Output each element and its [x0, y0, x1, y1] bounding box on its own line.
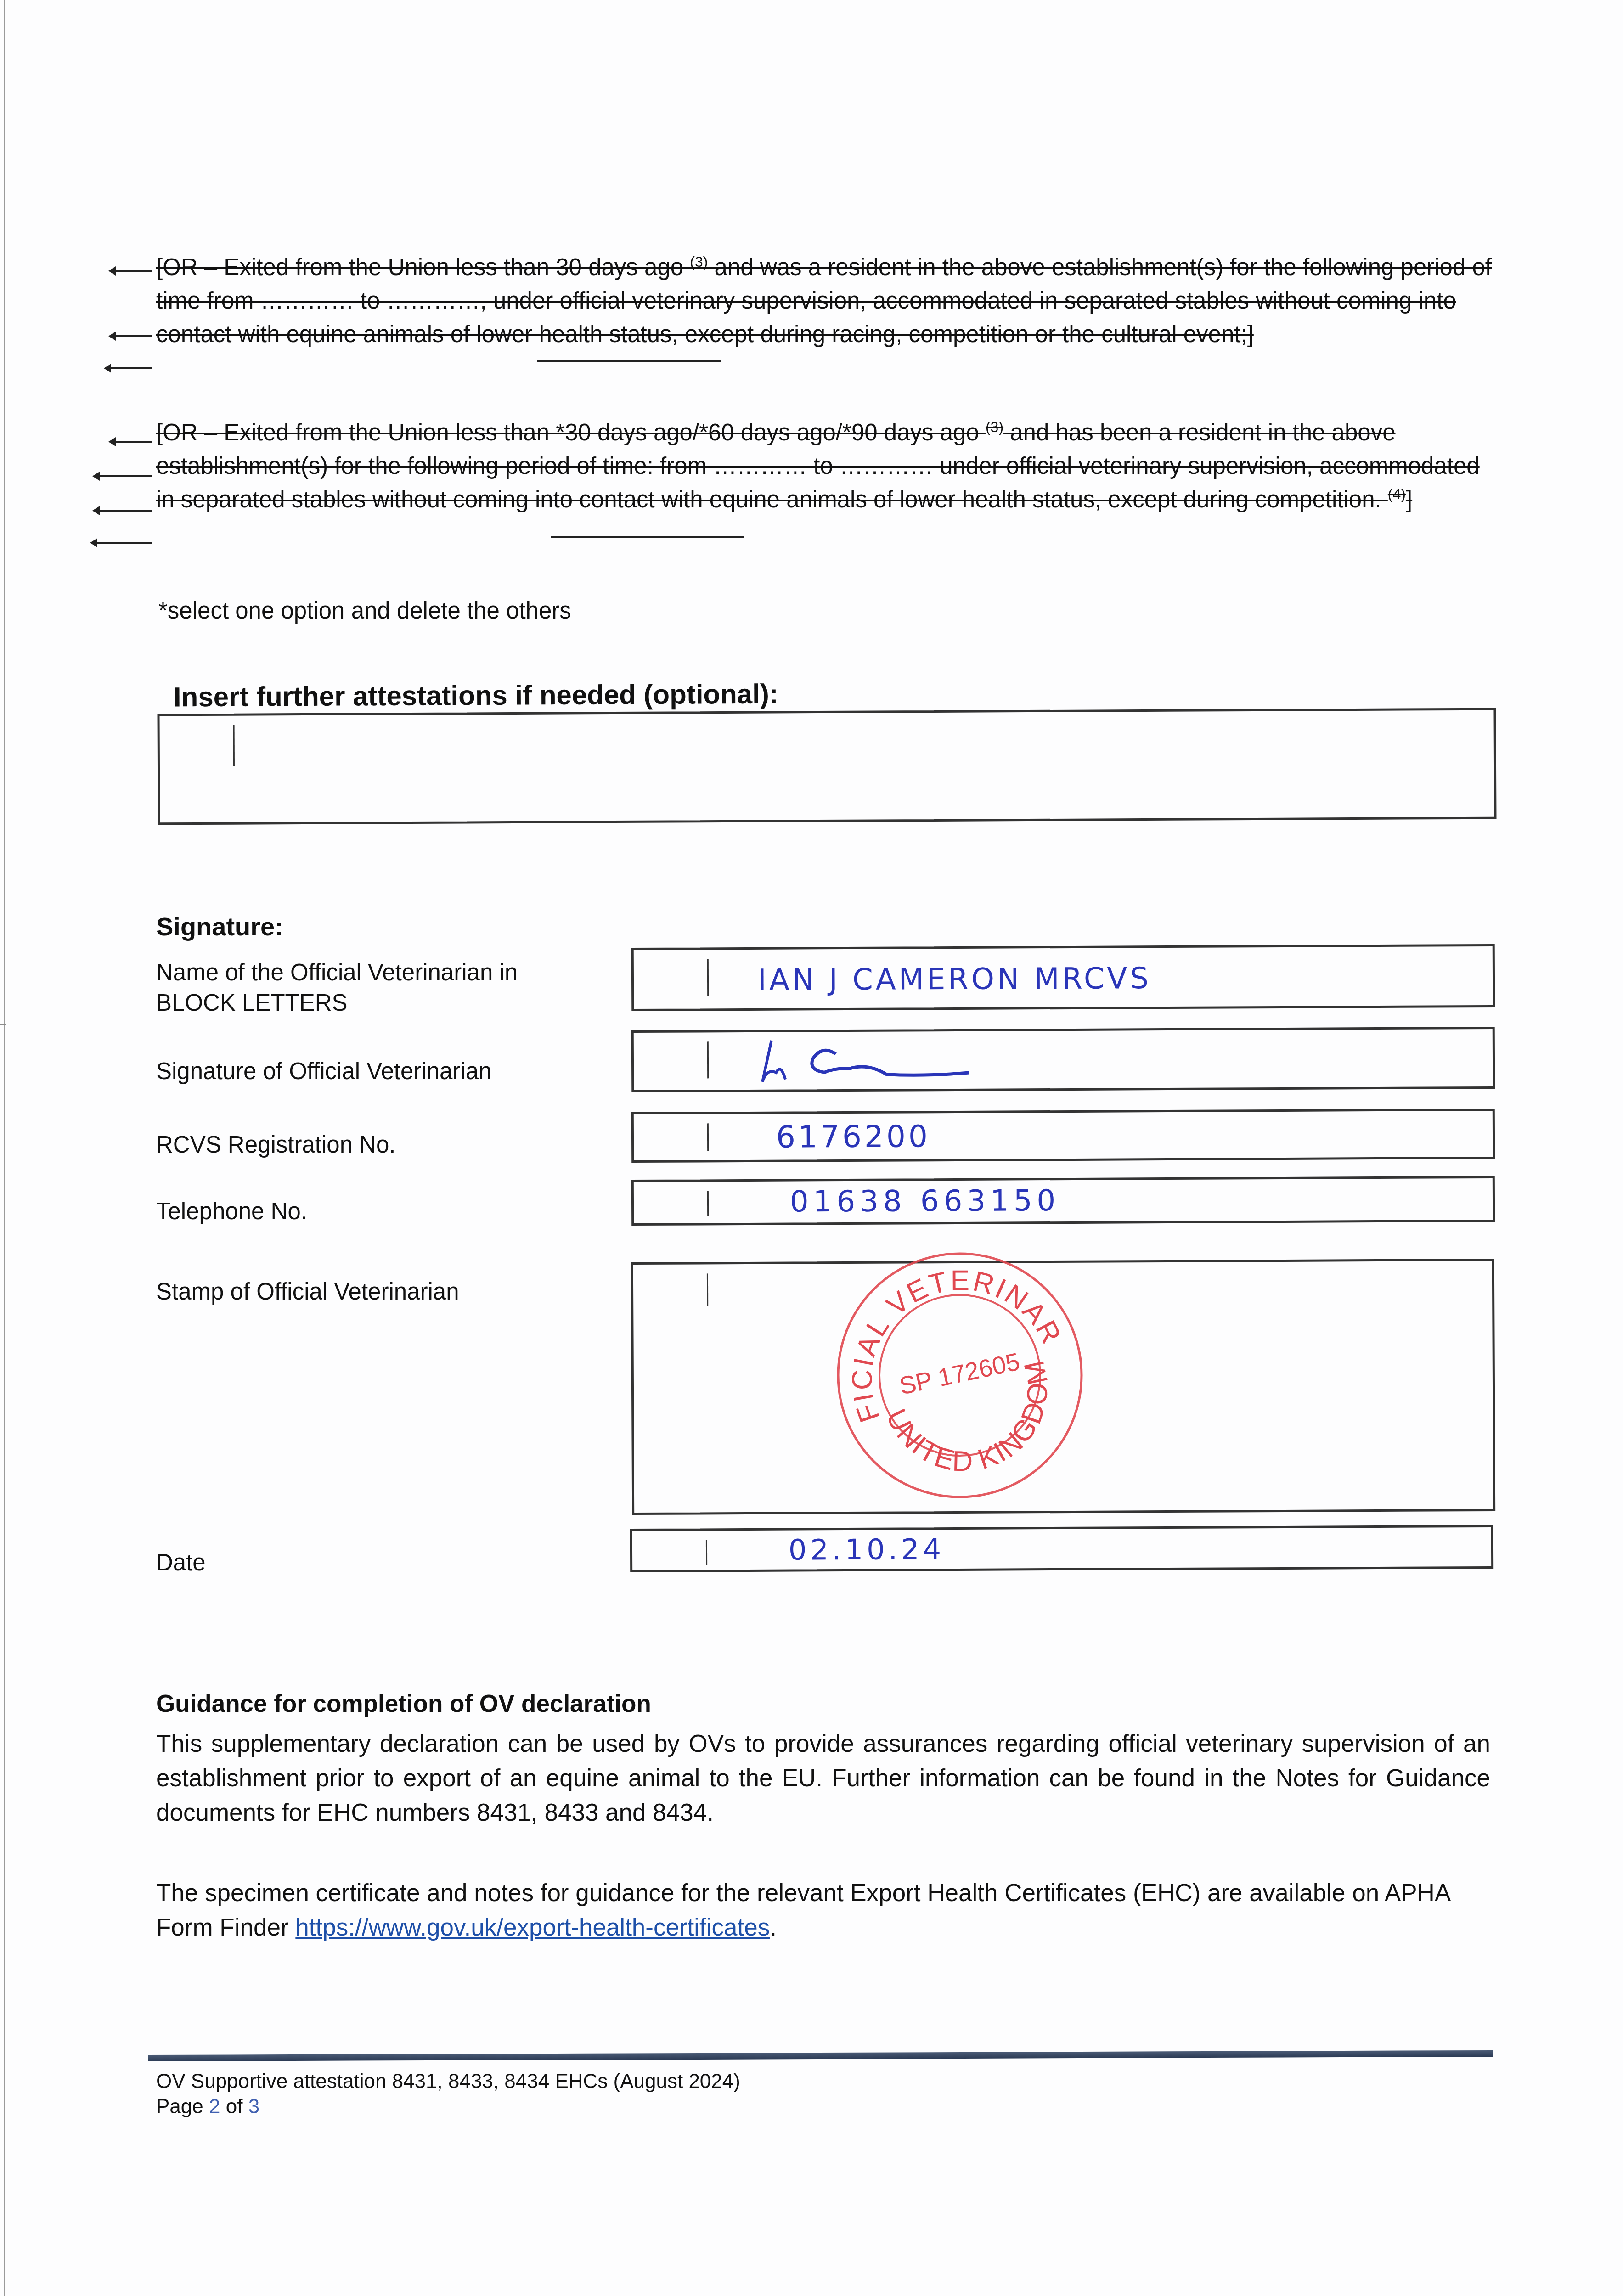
telephone-value: 01638 663150 — [790, 1184, 1060, 1219]
ov-stamp-icon: OFFICIAL VETERINARIAN UNITED KINGDOM SP … — [827, 1242, 1093, 1499]
tracked-change-arrow — [106, 367, 152, 369]
attestation-option-30-days: [OR – Exited from the Union less than 30… — [156, 250, 1493, 351]
rcvs-number-value: 6176200 — [776, 1119, 930, 1154]
svg-text:SP 172605: SP 172605 — [897, 1348, 1022, 1400]
label-rcvs-number: RCVS Registration No. — [156, 1130, 396, 1160]
field-cursor-mark — [707, 959, 709, 996]
page-total: 3 — [248, 2095, 259, 2118]
field-cursor-mark — [706, 1540, 707, 1565]
footnote-ref: (4) — [1388, 486, 1406, 502]
guidance-ehc-paragraph: The specimen certificate and notes for g… — [156, 1876, 1490, 1945]
further-attestations-heading: Insert further attestations if needed (o… — [174, 678, 778, 713]
footnote-ref: (3) — [690, 253, 708, 270]
rcvs-number-field[interactable]: 6176200 — [631, 1109, 1495, 1163]
footer-title: OV Supportive attestation 8431, 8433, 84… — [156, 2069, 740, 2094]
ov-name-field[interactable]: IAN J CAMERON MRCVS — [631, 944, 1495, 1011]
ov-name-value: IAN J CAMERON MRCVS — [758, 962, 1151, 997]
export-health-certificates-link[interactable]: https://www.gov.uk/export-health-certifi… — [295, 1914, 770, 1941]
further-attestations-field[interactable] — [157, 708, 1496, 825]
guidance-text: . — [770, 1914, 777, 1941]
field-cursor-mark — [707, 1123, 709, 1151]
signature-heading: Signature: — [156, 912, 283, 941]
option-text: [OR – Exited from the Union less than 30… — [156, 254, 690, 280]
field-cursor-mark — [233, 725, 235, 766]
guidance-paragraph: This supplementary declaration can be us… — [156, 1727, 1490, 1830]
page-label: Page — [156, 2095, 209, 2118]
ov-signature-field[interactable] — [631, 1027, 1495, 1092]
guidance-heading: Guidance for completion of OV declaratio… — [156, 1690, 651, 1718]
page-current: 2 — [209, 2095, 220, 2118]
tracked-change-arrow — [110, 335, 152, 337]
attestation-option-multi-days: [OR – Exited from the Union less than *3… — [156, 416, 1493, 516]
scan-edge-mark — [0, 1024, 6, 1025]
strike-tail-line — [551, 536, 744, 538]
select-option-note: *select one option and delete the others — [158, 597, 571, 624]
option-text: ] — [1406, 486, 1412, 512]
label-date: Date — [156, 1548, 206, 1578]
tracked-change-arrow — [110, 270, 152, 272]
date-field[interactable]: 02.10.24 — [630, 1525, 1493, 1572]
field-cursor-mark — [707, 1191, 709, 1216]
tracked-change-arrow — [94, 475, 152, 477]
strike-tail-line — [537, 360, 721, 362]
page-indicator: Page 2 of 3 — [156, 2094, 259, 2120]
tracked-change-arrow — [110, 441, 152, 443]
signature-scrawl-icon — [758, 1035, 997, 1091]
label-ov-name: Name of the Official Veterinarian in BLO… — [156, 957, 569, 1018]
field-cursor-mark — [707, 1041, 709, 1078]
footnote-ref: (3) — [986, 419, 1003, 435]
footer-divider — [148, 2050, 1493, 2061]
label-ov-signature: Signature of Official Veterinarian — [156, 1056, 492, 1086]
label-stamp: Stamp of Official Veterinarian — [156, 1277, 459, 1307]
field-cursor-mark — [707, 1273, 708, 1306]
page-of-label: of — [220, 2095, 248, 2118]
option-text: [OR – Exited from the Union less than *3… — [156, 419, 986, 445]
tracked-change-arrow — [92, 542, 152, 544]
telephone-field[interactable]: 01638 663150 — [631, 1176, 1495, 1226]
label-telephone: Telephone No. — [156, 1196, 307, 1227]
scan-edge-line — [4, 0, 5, 2296]
date-value: 02.10.24 — [789, 1532, 945, 1566]
tracked-change-arrow — [94, 510, 152, 512]
